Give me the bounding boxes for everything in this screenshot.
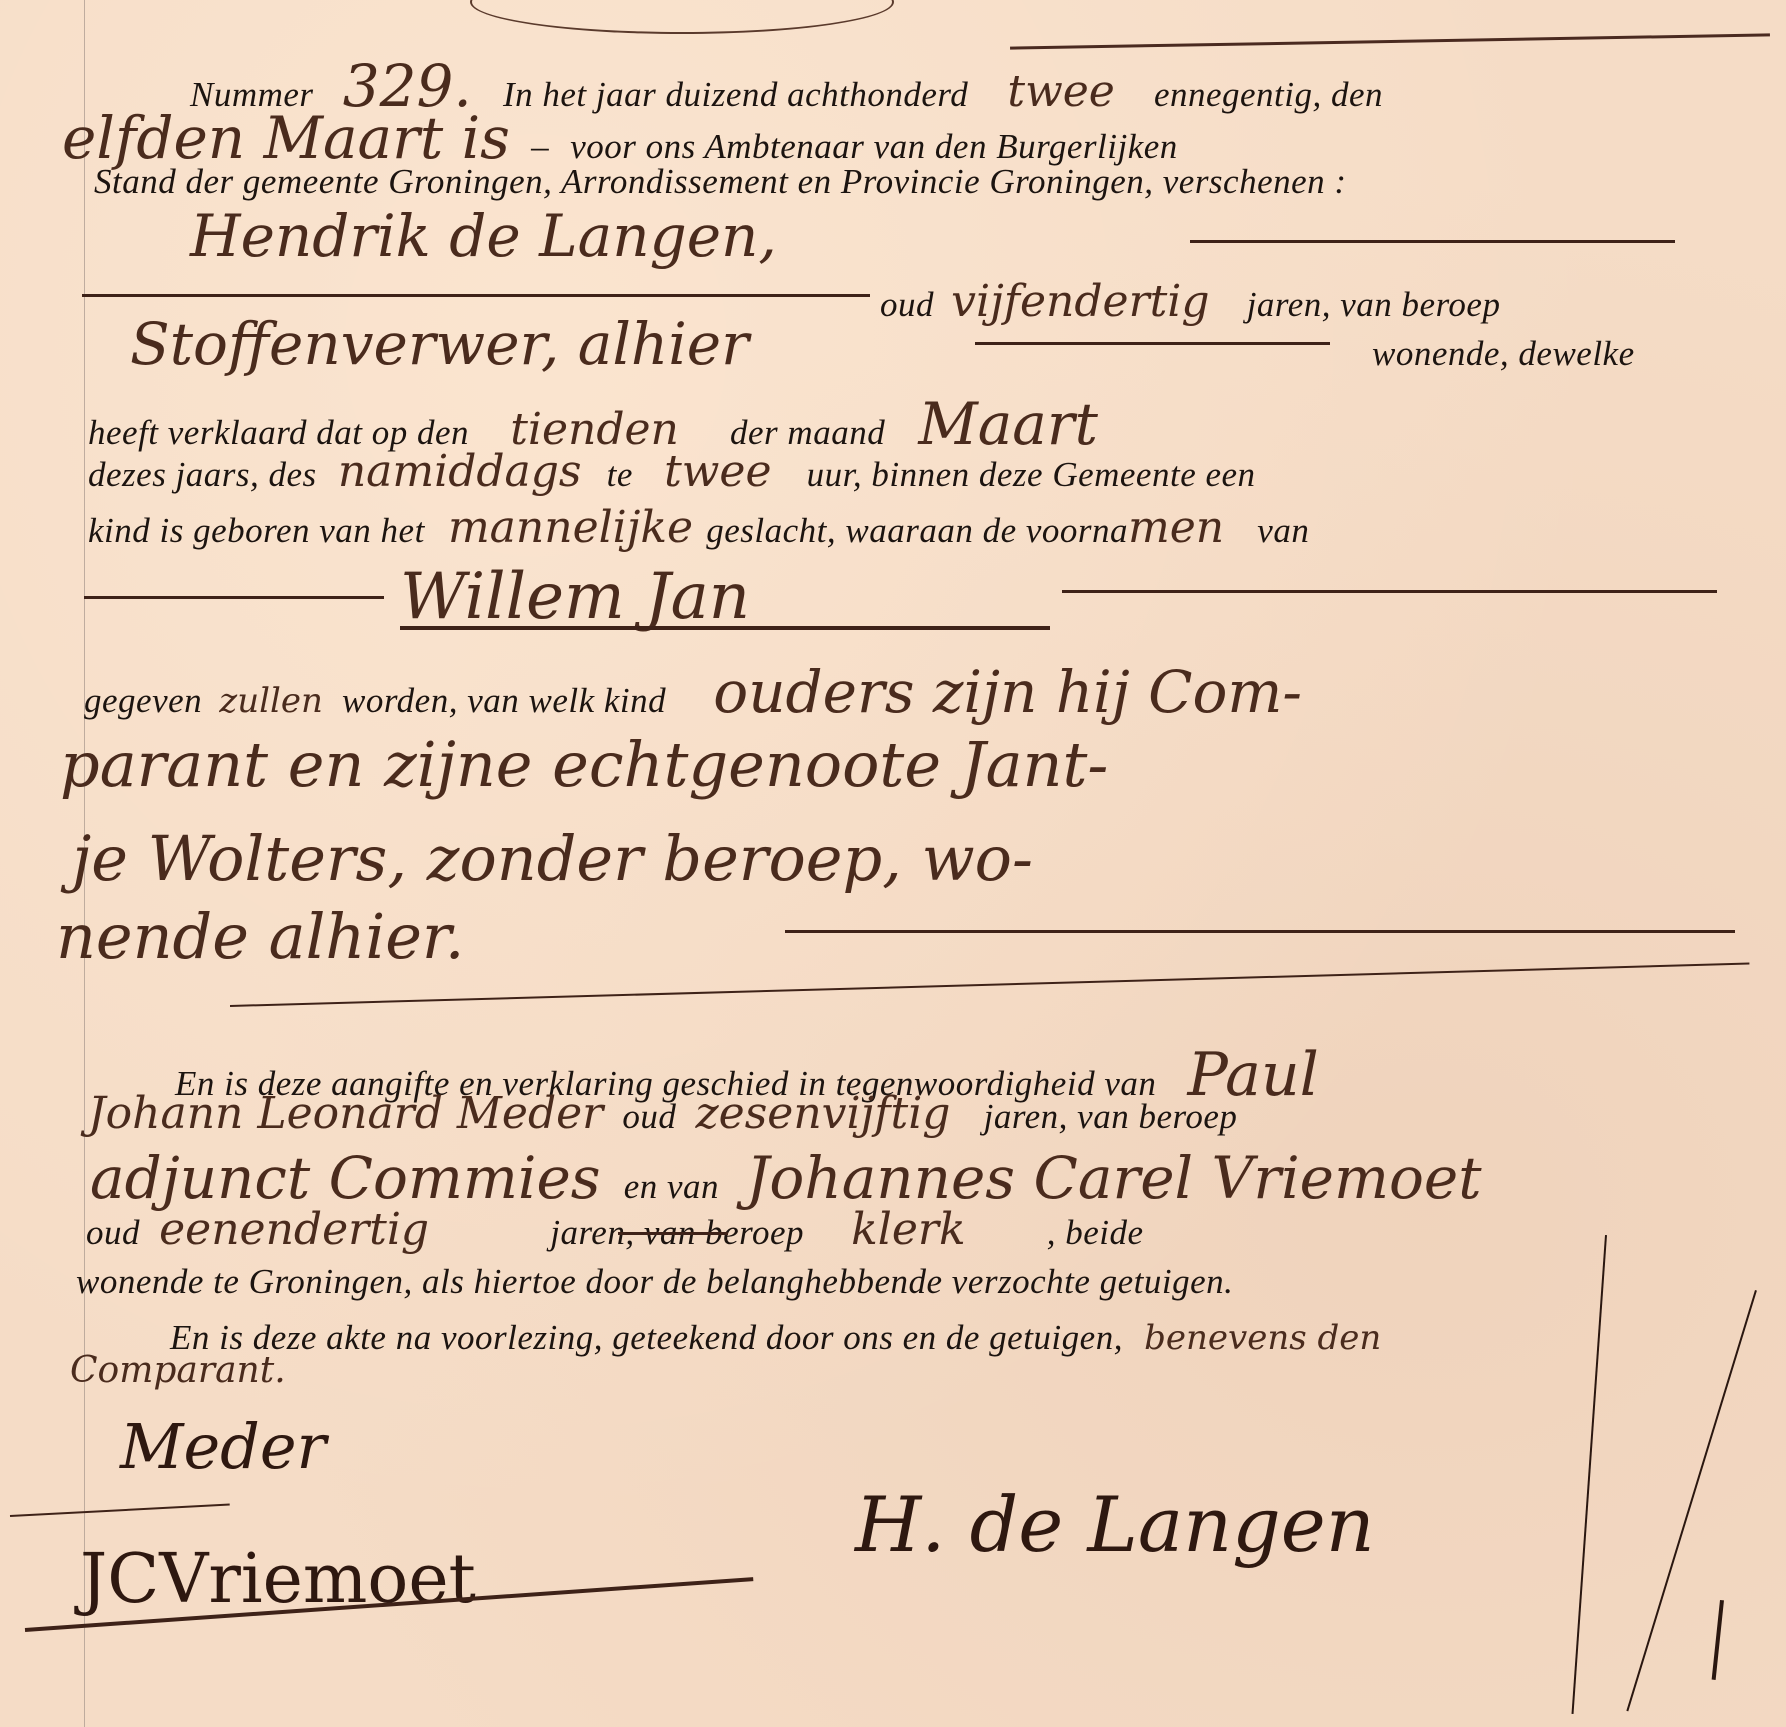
- witness2-age: eenendertig: [159, 1204, 429, 1255]
- printed-text: uur, binnen deze Gemeente een: [807, 455, 1256, 494]
- declarant-occupation: Stoffenverwer, alhier: [130, 310, 749, 378]
- printed-text: van: [1257, 511, 1309, 550]
- closing-handwritten: benevens den: [1144, 1318, 1381, 1358]
- printed-text: jaren, van beroep: [984, 1097, 1238, 1136]
- witness-line-5: wonende te Groningen, als hiertoe door d…: [76, 1262, 1233, 1302]
- printed-text: worden, van welk kind: [342, 681, 666, 720]
- top-flourish: [470, 0, 894, 34]
- handwritten-insert: zullen: [219, 681, 323, 721]
- fill-rule: [84, 596, 384, 599]
- witness1-occupation: adjunct Commies: [90, 1144, 601, 1212]
- printed-text: dezes jaars, des: [88, 455, 317, 494]
- name-underline: [400, 626, 1050, 630]
- witness-line-2: Johann Leonard Meder oud zesenvijftig ja…: [88, 1088, 1237, 1139]
- signature-de-langen: H. de Langen: [855, 1480, 1375, 1569]
- printed-text: geslacht, waaraan de voorna: [706, 511, 1128, 550]
- witness2-occupation: klerk: [851, 1204, 965, 1255]
- closing-handwritten-2: Comparant.: [70, 1350, 286, 1391]
- fill-rule: [82, 294, 870, 297]
- birth-hour: twee: [664, 446, 771, 497]
- record-line-6b: wonende, dewelke: [1372, 334, 1635, 374]
- child-name: Willem Jan: [400, 560, 750, 634]
- declarant-name: Hendrik de Langen,: [190, 202, 777, 270]
- printed-text: En is deze akte na voorlezing, geteekend…: [170, 1318, 1123, 1357]
- printed-text: jaren, van beroep: [1247, 285, 1501, 324]
- printed-text: oud: [880, 285, 934, 324]
- record-line-3: Stand der gemeente Groningen, Arrondisse…: [94, 162, 1347, 202]
- printed-text: kind is geboren van het: [88, 511, 425, 550]
- witness2-name: Johannes Carel Vriemoet: [746, 1144, 1481, 1212]
- official-signature-stroke: [1712, 1600, 1724, 1680]
- printed-text: ennegentig, den: [1154, 75, 1383, 114]
- signature-meder: Meder: [120, 1410, 326, 1483]
- child-sex: mannelijke: [448, 502, 693, 553]
- printed-text: voor ons Ambtenaar van den Burgerlijken: [570, 127, 1178, 166]
- record-line-9: kind is geboren van het mannelijke gesla…: [88, 502, 1309, 553]
- record-line-11: gegeven zullen worden, van welk kind oud…: [84, 658, 1302, 726]
- printed-text: gegeven: [84, 681, 202, 720]
- parents-text: je Wolters, zonder beroep, wo-: [72, 822, 1033, 895]
- printed-text: oud: [86, 1213, 140, 1252]
- fill-rule: [975, 342, 1330, 345]
- signature-rule: [10, 1503, 230, 1517]
- printed-text: en van: [624, 1167, 719, 1206]
- record-line-8: dezes jaars, des namiddags te twee uur, …: [88, 446, 1256, 497]
- printed-text: te: [607, 455, 633, 494]
- declarant-age: vijfendertig: [951, 276, 1209, 327]
- top-rule: [1010, 33, 1770, 49]
- record-line-4: Hendrik de Langen,: [190, 202, 777, 270]
- parents-text: ouders zijn hij Com-: [713, 658, 1302, 726]
- time-of-day: namiddags: [338, 446, 582, 497]
- witness-line-4: oud eenendertig jaren, van beroep klerk …: [86, 1204, 1144, 1255]
- parents-text: parant en zijne echtgenoote Jant-: [60, 728, 1108, 801]
- fill-rule: [1062, 590, 1717, 593]
- witness-line-3: adjunct Commies en van Johannes Carel Vr…: [90, 1144, 1482, 1212]
- record-line-6: Stoffenverwer, alhier: [130, 310, 749, 378]
- handwritten-suffix: men: [1128, 502, 1224, 553]
- record-line-10: Willem Jan: [400, 560, 750, 634]
- closing-line: En is deze akte na voorlezing, geteekend…: [170, 1318, 1381, 1358]
- parents-text: nende alhier.: [56, 900, 464, 973]
- witness1-name: Johann Leonard Meder: [88, 1088, 603, 1139]
- fill-rule: [785, 930, 1735, 933]
- fill-rule: [1190, 240, 1675, 243]
- fill-rule: [618, 1232, 728, 1235]
- printed-text: , beide: [1047, 1213, 1144, 1252]
- printed-text: –: [531, 127, 549, 166]
- official-signature-stroke: [1572, 1235, 1607, 1714]
- witness1-age: zesenvijftig: [695, 1088, 950, 1139]
- official-signature-stroke: [1626, 1290, 1757, 1711]
- printed-text: oud: [622, 1097, 676, 1136]
- signature-vriemoet: JCVriemoet: [80, 1540, 476, 1619]
- document-page: Nummer 329. In het jaar duizend achthond…: [0, 0, 1786, 1727]
- record-line-5: oud vijfendertig jaren, van beroep: [880, 276, 1500, 327]
